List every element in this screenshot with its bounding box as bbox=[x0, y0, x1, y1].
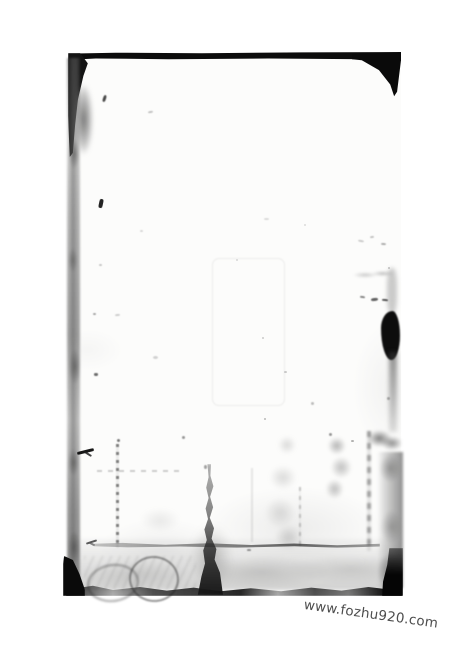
stain-speck bbox=[153, 356, 158, 359]
ghost-grid-vline-faint bbox=[251, 468, 253, 542]
stain-speck bbox=[264, 218, 269, 220]
ghost-text-patch-right bbox=[317, 435, 361, 507]
ghost-seal-outline bbox=[212, 258, 285, 406]
stain-speck bbox=[236, 259, 238, 261]
stain-speck bbox=[262, 337, 264, 339]
ghost-text-patch-upper bbox=[272, 428, 302, 462]
ghost-grid-vline-left bbox=[116, 444, 119, 548]
stain-speck bbox=[388, 267, 390, 269]
stain-speck bbox=[264, 418, 266, 420]
stain-speck bbox=[329, 433, 332, 436]
stain-speck bbox=[99, 264, 102, 266]
stain-speck bbox=[247, 549, 251, 551]
stain-speck bbox=[311, 402, 314, 405]
right-edge-stain-curl bbox=[352, 268, 396, 282]
stain-speck bbox=[381, 243, 386, 245]
stain-speck bbox=[182, 436, 185, 439]
stain-speck bbox=[382, 299, 388, 302]
right-edge-ink-blob-tail bbox=[389, 352, 397, 432]
stain-speck bbox=[204, 465, 207, 469]
ghost-grid-hline-faint bbox=[97, 470, 179, 472]
stain-speck bbox=[387, 397, 390, 400]
stain-speck bbox=[304, 224, 306, 226]
stain-speck bbox=[117, 439, 120, 442]
watermark-text: www.fozhu920.com bbox=[303, 597, 439, 632]
ghost-text-patch-center bbox=[255, 460, 311, 548]
stain-speck bbox=[284, 371, 287, 373]
stain-speck bbox=[140, 230, 143, 232]
stain-speck bbox=[93, 313, 96, 315]
stain-speck bbox=[94, 373, 98, 376]
left-edge-shadow-strip bbox=[67, 58, 80, 590]
stain-speck bbox=[351, 440, 354, 442]
ghost-grid-vline-right bbox=[367, 431, 371, 551]
scanned-book-page: www.fozhu920.com bbox=[0, 0, 468, 663]
ghost-text-patch-left bbox=[130, 500, 190, 540]
